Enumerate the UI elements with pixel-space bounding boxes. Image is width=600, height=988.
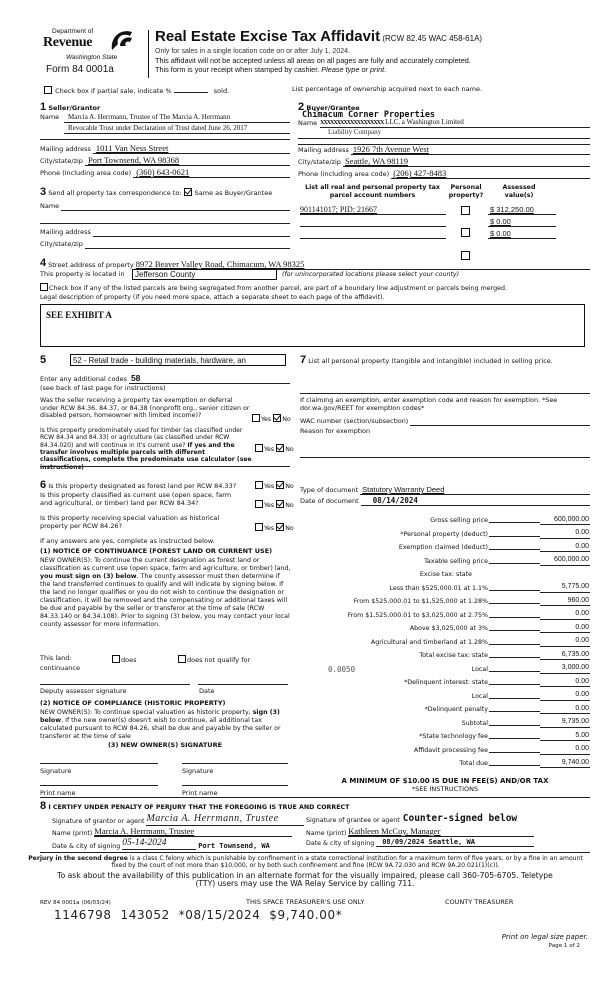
doc-date-row: Date of document 08/14/2024 [300,496,590,506]
land-does-checkbox[interactable] [112,655,120,663]
grantor-sig-row: Signature of grantor or agent Marcia A. … [52,813,304,826]
q-forest-yes-checkbox[interactable] [255,481,263,489]
notice3-title: (3) NEW OWNER(S) SIGNATURE [40,742,290,750]
tax-row: Gross selling price600,000.00 [300,514,590,525]
deputy-sig-label: Deputy assessor signature [40,688,127,696]
corr-name-row: Name [40,203,290,211]
print-legal-note: Print on legal size paper. [440,933,588,941]
additional-codes-row: Enter any additional codes 58 [40,373,290,384]
partial-sale-row: Check box if partial sale, indicate % so… [44,86,229,96]
q-timber-answers: Yes No [255,444,294,454]
doc-date-field[interactable]: 08/14/2024 [361,496,590,506]
assessed-value-field[interactable]: $ 312,250.00 [488,205,556,215]
corr-name-field[interactable] [61,203,290,211]
use-num: 5 [40,354,46,367]
treasurer-use-label: THIS SPACE TREASURER'S USE ONLY [246,899,364,907]
perjury-notice: Perjury in the second degree is a class … [28,855,583,870]
buyer-phone-row: Phone (including area code) (206) 427-84… [298,168,590,179]
section8-divider [40,797,590,798]
tax-row: From $525,000.01 to $1,525,000 at 1.28%9… [300,595,590,606]
tax-row-value[interactable]: 960.00 [540,597,590,606]
segregated-row: Check box if any of the listed parcels a… [40,283,507,293]
land-does-not-checkbox[interactable] [178,655,186,663]
rev-number: REV 84 0001a (06/03/24) [40,900,111,907]
use-code-select[interactable]: 52 - Retail trade - building materials, … [70,354,286,366]
seller-phone-row: Phone (including area code) (360) 643-06… [40,167,290,178]
tax-row-value[interactable]: 9,740.00 [540,759,590,768]
buyer-mailing-field[interactable]: 1926 7th Avenue West [351,144,590,155]
seller-name-field[interactable]: Marcia A. Herrmann, Trustee of The Marci… [64,111,290,123]
q-exemption-answers: Yes No [252,414,291,424]
q-timber-no-checkbox[interactable] [276,444,284,452]
tax-row-value[interactable]: 0.00 [540,691,590,700]
grantor-date-field[interactable]: 05-14-2024 [122,838,196,850]
tax-row-label: *Delinquent interest: state [300,679,488,687]
certify-heading: 8 I CERTIFY UNDER PENALTY OF PERJURY THA… [40,800,349,813]
tax-row-label: Less than $525,000.01 at 1.1% [300,585,488,593]
q-historic-answers: Yes No [255,523,294,533]
tax-row-label: Above $3,025,000 at 3% [300,625,488,633]
doc-type-field[interactable]: Statutory Warranty Deed [360,485,590,495]
doc-type-row: Type of document Statutory Warranty Deed [300,485,590,495]
tax-row-value[interactable]: 0.00 [540,637,590,646]
buyer-city-field[interactable]: Seattle, WA 98119 [343,156,590,167]
revenue-text: Revenue [43,35,92,52]
seller-mailing-field[interactable]: 1011 Van Ness Street [93,143,290,154]
tax-row-value[interactable]: 5.00 [540,732,590,741]
tax-row: Exemption claimed (deduct)0.00 [300,541,590,552]
tax-row-label: From $1,525,000.01 to $3,025,000 at 2.75… [300,612,488,620]
grantee-date-row: Date & city of signing 08/09/2024 Seattl… [306,838,534,847]
personal-property-field[interactable] [300,393,590,394]
corr-mailing-field[interactable] [93,229,290,237]
tax-row-value[interactable]: 600,000.00 [540,556,590,565]
seller-city-row: City/state/zip Port Townsend, WA 98368 [40,155,290,166]
parcel-number-field[interactable] [300,217,446,227]
grantee-date-field[interactable]: 08/09/2024 Seattle, WA [376,838,534,847]
seller-mailing-row: Mailing address 1011 Van Ness Street [40,143,290,154]
corr-name-line2[interactable] [40,214,290,224]
grantee-sig-row: Signature of grantee or agent Counter-si… [306,813,591,824]
q-current-use-no-checkbox[interactable] [276,500,284,508]
seller-name-label: Name [40,114,59,122]
seller-city-field[interactable]: Port Townsend, WA 98368 [85,155,290,166]
tax-row-label: *Personal property (deduct) [300,531,488,539]
parcels-col-parcel: List all real and personal property tax … [300,184,445,199]
q-historic-yes-checkbox[interactable] [255,523,263,531]
q-current-use: Is this property classified as current u… [40,492,245,508]
tax-row: Agricultural and timberland at 1.28%0.00 [300,636,590,647]
exemption-label: If claiming an exemption, enter exemptio… [300,397,570,412]
tax-row-value[interactable]: 0.00 [540,745,590,754]
tax-row: Above $3,025,000 at 3%0.00 [300,622,590,633]
notice1-title: (1) NOTICE OF CONTINUANCE (FOREST LAND O… [40,548,272,556]
seller-phone-field[interactable]: (360) 643-0621 [133,167,290,178]
tax-row-value[interactable]: 0.00 [540,624,590,633]
additional-codes-field[interactable]: 58 [129,373,290,384]
q-exemption-no-checkbox[interactable] [273,414,281,422]
buyer-phone-field[interactable]: (206) 427-8483 [391,168,590,179]
same-as-buyer-checkbox[interactable] [184,188,192,196]
buyer-name-label: Name [298,120,317,128]
q-timber: Is this property predominately used for … [40,427,252,471]
tax-row-label: Local [300,693,488,701]
deputy-signature-field[interactable] [40,679,190,685]
owner-signature-1-label: Signature [40,768,71,776]
tax-row-label: Affidavit processing fee [300,747,488,755]
tax-row-label: Subtotal [300,720,488,728]
owner-print-1-field[interactable] [40,780,158,786]
q-current-use-yes-checkbox[interactable] [255,500,263,508]
parcels-col-assessed: Assessed value(s) [494,184,544,199]
corr-city-row: City/state/zip [40,241,290,249]
tax-row: Less than $525,000.01 at 1.1%5,775.00 [300,582,590,593]
tax-row: *Delinquent interest: state0.00 [300,676,590,687]
notice1-text: NEW OWNER(S): To continue the current de… [40,557,292,629]
parcels-col-personal: Personal property? [447,184,485,199]
header-divider [148,30,149,78]
parcel-number-field[interactable]: 901141017; PID: 21667 [300,205,446,215]
notice2-text: NEW OWNER(S): To continue special valuat… [40,709,292,741]
assessed-value-field[interactable]: $ 0.00 [488,229,556,239]
legal-label: Legal description of property (if you ne… [40,294,385,302]
grantor-signature-field[interactable]: Marcia A. Herrmann, Trustee [146,813,304,826]
q-forest-no-checkbox[interactable] [276,481,284,489]
page-title: Real Estate Excise Tax Affidavit (RCW 82… [155,28,482,46]
reason-field[interactable] [300,457,590,458]
tax-row-label: Excise tax: state [300,571,472,579]
tax-row-label: *State technology fee [300,733,488,741]
footer-divider [40,852,590,853]
tax-row: *Delinquent penalty0.00 [300,703,590,714]
county-treasurer-label: COUNTY TREASURER [445,899,513,907]
grantee-name-field[interactable]: Kathleen McCoy, Manager [348,826,534,837]
tax-row: Affidavit processing fee0.00 [300,744,590,755]
section5-divider [40,466,290,467]
tax-row-label: *Delinquent penalty [300,706,488,714]
see-instructions: *SEE INSTRUCTIONS [300,786,590,794]
seller-name-line3 [40,134,290,140]
tax-row: Taxable selling price600,000.00 [300,555,590,566]
continuance-label: continuance [40,665,80,673]
parcel-number-field[interactable] [300,229,446,239]
grantor-name-row: Name (print) Marcia A. Herrmann, Trustee [52,826,292,837]
correspondence-heading: 3 Send all property tax correspondence t… [40,186,272,199]
deputy-date-field[interactable] [198,679,288,685]
tax-row: Local0.00 [300,690,590,701]
dor-swirl-icon [108,28,136,52]
tax-row-label: Gross selling price [300,517,488,525]
q-forest-answers: Yes No [255,481,294,491]
grantee-name-row: Name (print) Kathleen McCoy, Manager [306,826,534,837]
buyer-name-field[interactable]: XXXXXXXXXXXXXXXXXXX LLC, a Washington Li… [320,118,590,128]
notice2-title: (2) NOTICE OF COMPLIANCE (HISTORIC PROPE… [40,700,226,708]
q-timber-yes-checkbox[interactable] [255,444,263,452]
q-current-use-answers: Yes No [255,500,294,510]
additional-codes-note: (see back of last page for instructions) [40,385,166,393]
tax-row-label: Taxable selling price [300,558,488,566]
form-number: Form 84 0001a [46,64,114,76]
subtitle-3: This form is your receipt when stamped b… [155,66,386,75]
personal-property-checkbox[interactable] [461,228,470,237]
owner-signature-2-field[interactable] [182,758,288,764]
corr-city-field[interactable] [85,241,290,249]
partial-sale-checkbox[interactable] [44,86,52,94]
personal-property-label: 7 List all personal property (tangible a… [300,355,588,367]
if-yes-note: If any answers are yes, complete as inst… [40,538,215,546]
tax-row-value[interactable]: 0.00 [540,543,590,552]
street-row: 4 Street address of property 8972 Beaver… [40,257,590,270]
owner-signature-1-field[interactable] [40,758,158,764]
tax-row: Total excise tax: state6,735.00 [300,649,590,660]
tax-row-value[interactable]: 0.00 [540,678,590,687]
accessibility-notice: To ask about the availability of this pu… [55,872,555,889]
washington-state-text: Washington State [66,54,117,62]
local-rate: 0.0050 [328,665,355,674]
grantor-date-row: Date & city of signing 05-14-2024 Port T… [52,838,304,850]
tax-row-label: Agricultural and timberland at 1.28% [300,639,488,647]
tax-row-label: Total due [300,760,488,768]
tax-row-value[interactable]: 3,000.00 [540,664,590,673]
segregated-checkbox[interactable] [40,283,48,291]
tax-row-value[interactable]: 6,735.00 [540,651,590,660]
county-note: (for unincorporated locations please sel… [282,271,459,279]
tax-row: *State technology fee5.00 [300,730,590,741]
buyer-mailing-row: Mailing address 1926 7th Avenue West [298,144,590,155]
parcel-row: $ 0.00 [0,10,600,20]
tax-row-value[interactable]: 600,000.00 [540,516,590,525]
tax-row: *Personal property (deduct)0.00 [300,528,590,539]
tax-row-value[interactable]: 0.00 [540,610,590,619]
tax-row-label: Total excise tax: state [300,652,488,660]
reason-label: Reason for exemption [300,428,370,436]
parcels-table: 901141017; PID: 21667$ 312,250.00$ 0.00$… [0,0,600,31]
tax-row-value[interactable]: 0.00 [540,705,590,714]
buyer-city-row: City/state/zip Seattle, WA 98119 [298,156,590,167]
tax-row-value[interactable]: 9,735.00 [540,718,590,727]
tax-row: Total due9,740.00 [300,757,590,768]
tax-row-value[interactable]: 0.00 [540,529,590,538]
tax-row: Excise tax: state [300,568,590,579]
tax-row: From $1,525,000.01 to $3,025,000 at 2.75… [300,609,590,620]
personal-property-checkbox[interactable] [461,206,470,215]
this-land-row: This land: does does not qualify for [40,655,290,663]
assessed-value-field[interactable]: $ 0.00 [488,217,556,227]
seller-name-line2[interactable]: Revocable Trust under Declaration of Tru… [64,123,290,134]
partial-sale-percent-field[interactable] [174,92,208,93]
parcel-row: 901141017; PID: 21667$ 312,250.00 [0,0,600,10]
tax-row: 0.0050Local3,000.00 [300,663,590,674]
legal-description-box[interactable]: SEE EXHIBIT A [40,304,585,347]
owner-signature-2-label: Signature [182,768,213,776]
tax-row-label: From $525,000.01 to $1,525,000 at 1.28% [300,598,488,606]
deputy-date-label: Date [199,688,215,696]
buyer-name-line2[interactable]: Liability Company [298,128,590,139]
page-number: Page 1 of 2 [480,943,580,950]
q-historic-no-checkbox[interactable] [276,523,284,531]
q-historic: Is this property receiving special valua… [40,515,240,531]
tax-row-label: Exemption claimed (deduct) [300,544,488,552]
tax-row-value[interactable]: 5,775.00 [540,583,590,592]
q-exemption-yes-checkbox[interactable] [252,414,260,422]
wac-number-field[interactable] [410,418,590,426]
grantor-city: Port Townsend, WA [198,842,270,850]
ownership-note: List percentage of ownership acquired ne… [292,86,482,94]
corr-mailing-row: Mailing address [40,229,290,237]
wac-row: WAC number (section/subsection) [300,418,590,426]
q-exemption: Was the seller receiving a property tax … [40,397,250,420]
treasurer-stamp: 1146798 143052 *08/15/2024 $9,740.00* [54,908,342,922]
grantee-signature-field[interactable]: Counter-signed below [403,813,517,824]
tax-row: Subtotal9,735.00 [300,717,590,728]
owner-print-2-field[interactable] [182,780,288,786]
county-select[interactable]: Jefferson County [132,269,277,280]
located-label: This property is located in [40,271,125,279]
grantor-name-field[interactable]: Marcia A. Herrmann, Trustee [94,826,292,837]
